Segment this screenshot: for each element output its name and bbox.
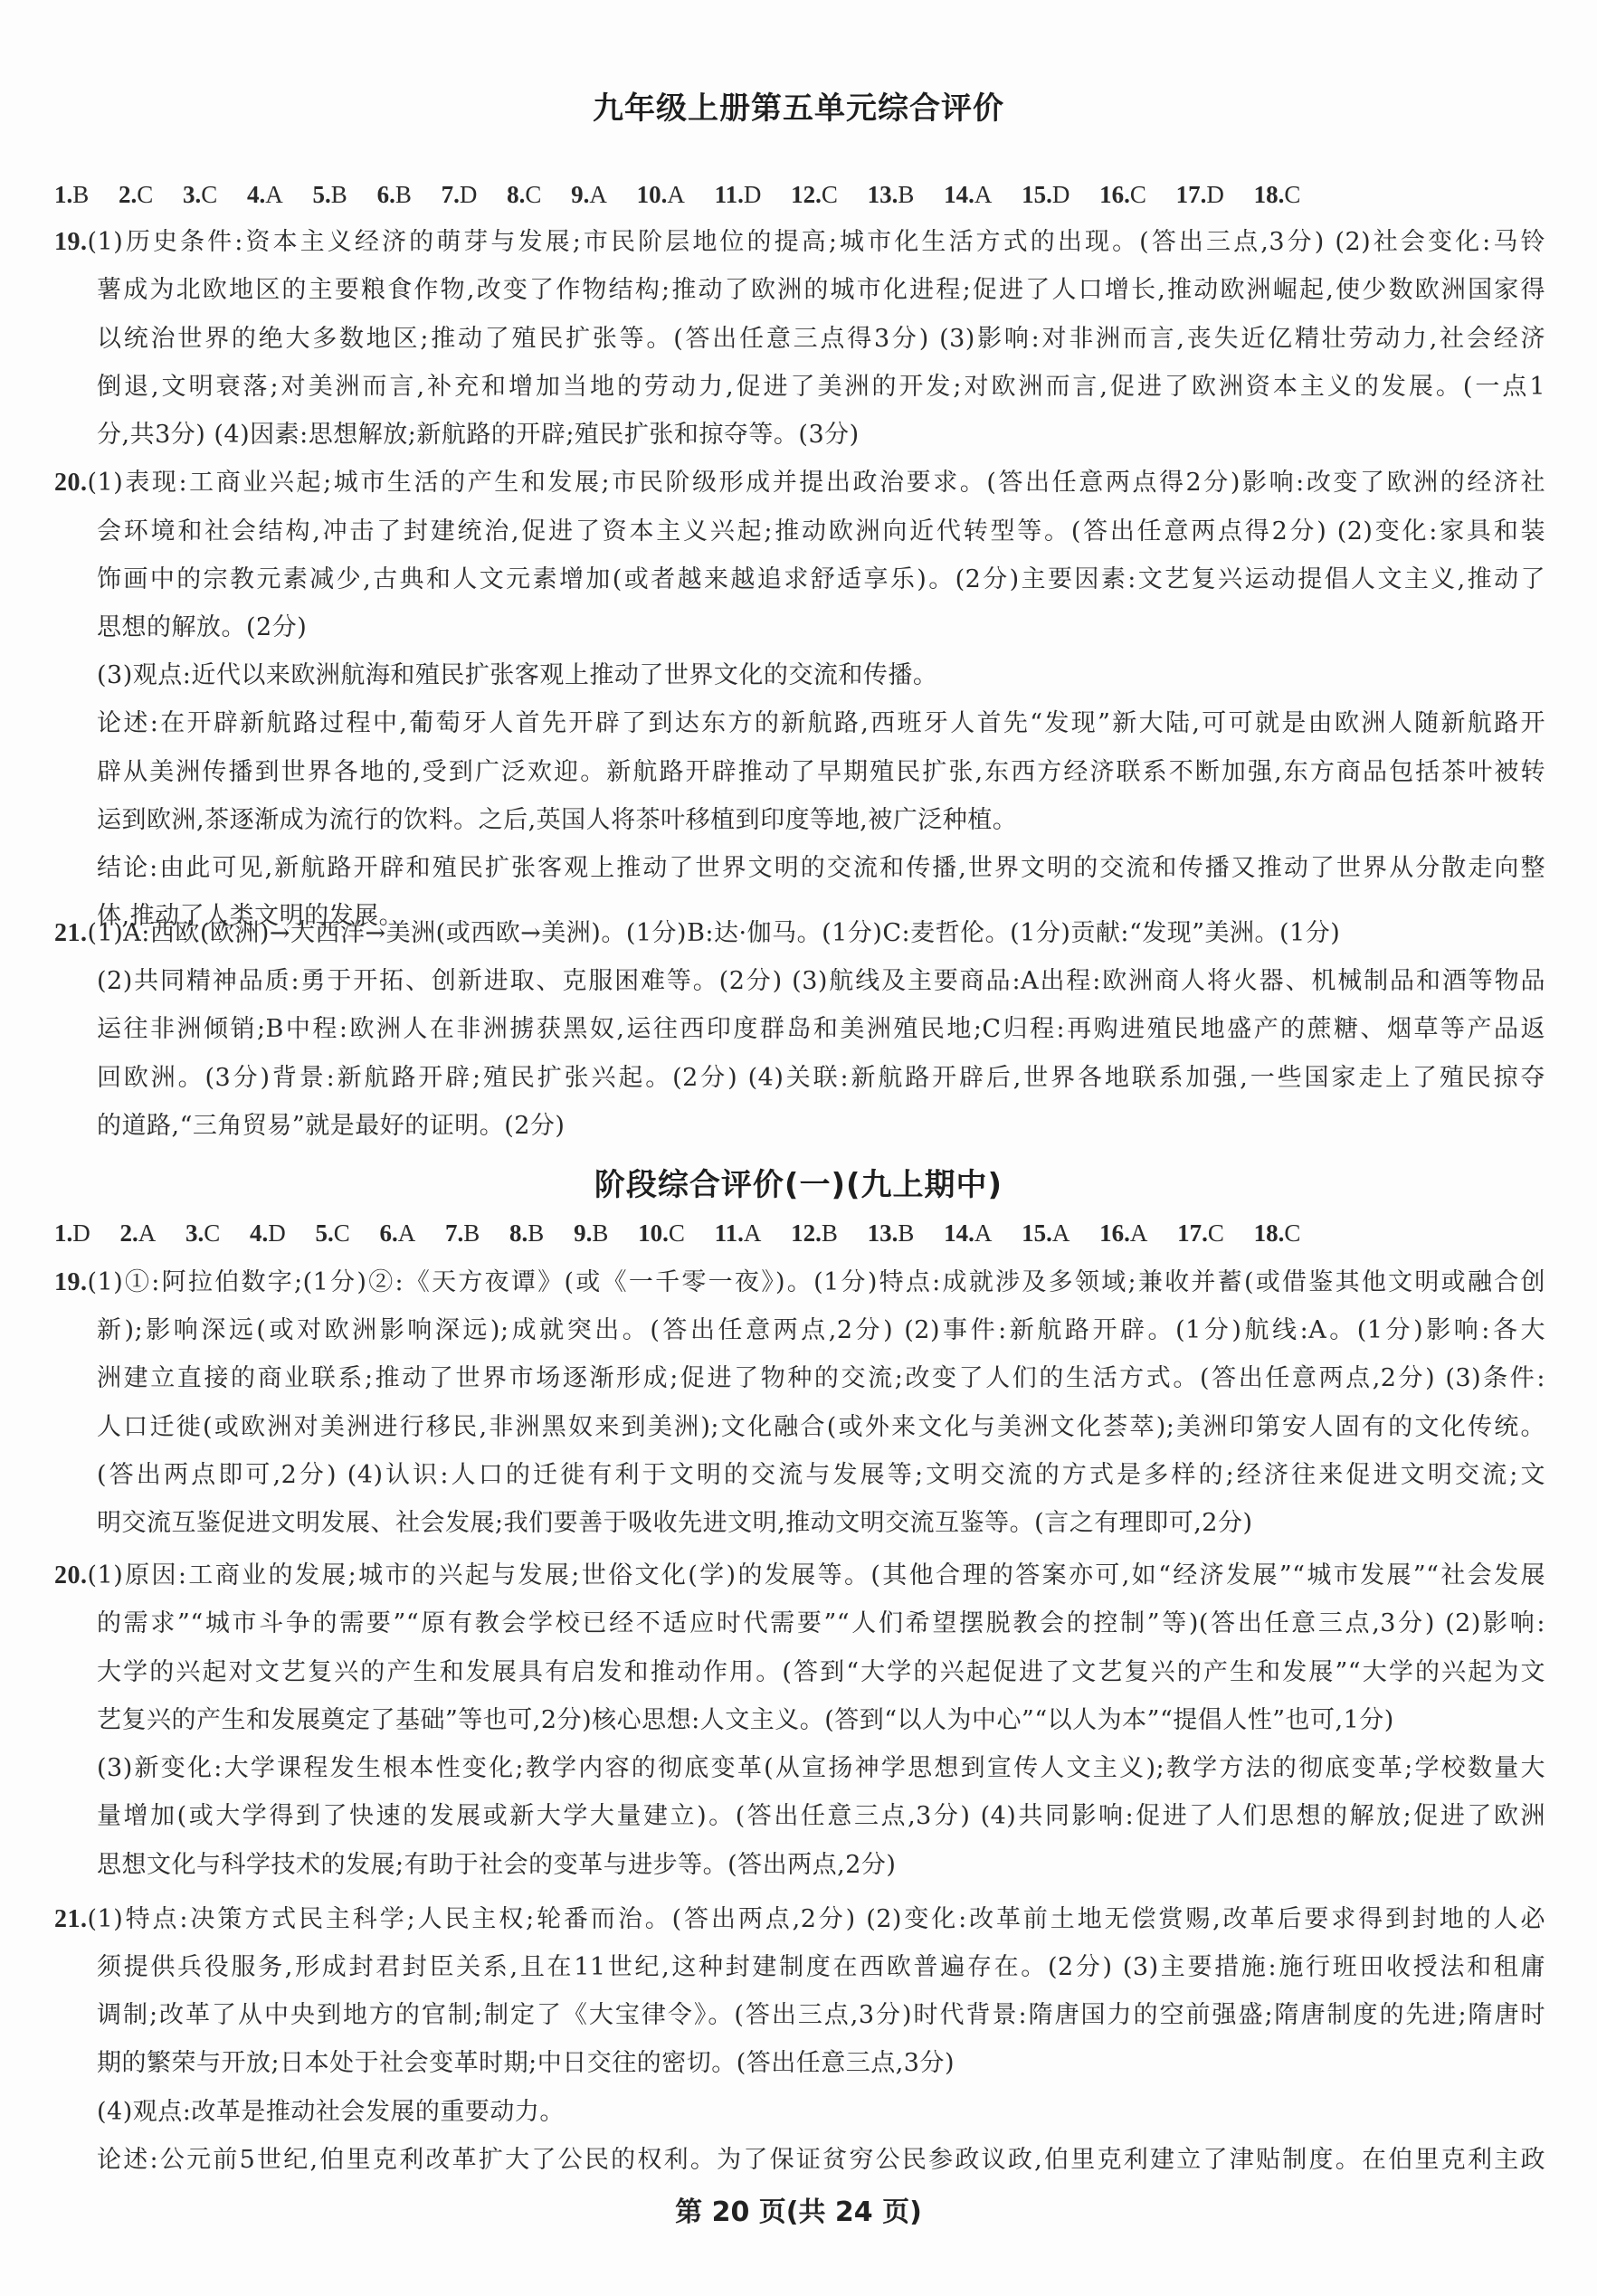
s2-q20-line: 思想文化与科学技术的发展;有助于社会的变革与进步等。(答出两点,2分) — [97, 1847, 1545, 1883]
choice-answer: 11.D — [715, 176, 762, 213]
s1-q20-line: 论述:在开辟新航路过程中,葡萄牙人首先开辟了到达东方的新航路,西班牙人首先“发现… — [97, 706, 1545, 742]
choice-answer: 13.B — [868, 176, 915, 213]
choice-answer: 16.A — [1099, 1215, 1147, 1251]
choice-answers-unit5: 1.B 2.C 3.C 4.A 5.B 6.B 7.D 8.C 9.A 10.A… — [54, 176, 1324, 213]
s2-q21-line: 论述:公元前5世纪,伯里克利改革扩大了公民的权利。为了保证贫穷公民参政议政,伯里… — [97, 2142, 1545, 2178]
s1-q20-line: 运到欧洲,茶逐渐成为流行的饮料。之后,英国人将茶叶移植到印度等地,被广泛种植。 — [97, 802, 1545, 839]
s1-q21-line: 运往非洲倾销;B中程:欧洲人在非洲掳获黑奴,运往西印度群岛和美洲殖民地;C归程:… — [97, 1011, 1545, 1048]
s1-q20-line: 结论:由此可见,新航路开辟和殖民扩张客观上推动了世界文明的交流和传播,世界文明的… — [97, 850, 1545, 887]
choice-answer: 3.C — [185, 1215, 220, 1251]
s1-q21-line: 21.(1)A:西欧(欧洲)→大西洋→美洲(或西欧→美洲)。(1分)B:达·伽马… — [54, 916, 1545, 952]
s1-q19-line: 分,共3分) (4)因素:思想解放;新航路的开辟;殖民扩张和掠夺等。(3分) — [97, 417, 1545, 453]
s1-q20-line: 会环境和社会结构,冲击了封建统治,促进了资本主义兴起;推动欧洲向近代转型等。(答… — [97, 514, 1545, 550]
s2-q21-line: 调制;改革了从中央到地方的官制;制定了《大宝律令》。(答出三点,3分)时代背景:… — [97, 1997, 1545, 2034]
s2-q21-line: 期的繁荣与开放;日本处于社会变革时期;中日交往的密切。(答出任意三点,3分) — [97, 2045, 1545, 2082]
choice-answer: 18.C — [1254, 176, 1301, 213]
s1-q21-line: 的道路,“三角贸易”就是最好的证明。(2分) — [97, 1108, 1545, 1144]
choice-answer: 4.A — [247, 176, 283, 213]
s1-q20-line: 思想的解放。(2分) — [97, 610, 1545, 646]
choice-answer: 10.A — [637, 176, 685, 213]
s2-q21-line: (4)观点:改革是推动社会发展的重要动力。 — [97, 2094, 1545, 2130]
choice-answer: 7.B — [445, 1215, 480, 1251]
s1-q20-line: 饰画中的宗教元素减少,古典和人文元素增加(或者越来越追求舒适享乐)。(2分)主要… — [97, 562, 1545, 598]
s2-q19-line: 19.(1)①:阿拉伯数字;(1分)②:《天方夜谭》(或《一千零一夜》)。(1分… — [54, 1265, 1545, 1301]
s1-q20-line: 20.(1)表现:工商业兴起;城市生活的产生和发展;市民阶级形成并提出政治要求。… — [54, 465, 1545, 501]
choice-answer: 10.C — [638, 1215, 685, 1251]
choice-answer: 6.B — [377, 176, 412, 213]
s1-q19-line: 19.(1)历史条件:资本主义经济的萌芽与发展;市民阶层地位的提高;城市化生活方… — [54, 224, 1545, 261]
s2-q19-line: 人口迁徙(或欧洲对美洲进行移民,非洲黑奴来到美洲);文化融合(或外来文化与美洲文… — [97, 1409, 1545, 1446]
s1-q19-line: 薯成为北欧地区的主要粮食作物,改变了作物结构;推动了欧洲的城市化进程;促进了人口… — [97, 272, 1545, 308]
choice-answer: 14.A — [944, 1215, 992, 1251]
s2-q20-line: (3)新变化:大学课程发生根本性变化;教学内容的彻底变革(从宣扬神学思想到宣传人… — [97, 1750, 1545, 1787]
choice-answer: 2.C — [119, 176, 153, 213]
section-title-unit5: 九年级上册第五单元综合评价 — [0, 83, 1597, 128]
s2-q20-line: 20.(1)原因:工商业的发展;城市的兴起与发展;世俗文化(学)的发展等。(其他… — [54, 1558, 1545, 1594]
s2-q21-line: 须提供兵役服务,形成封君封臣关系,且在11世纪,这种封建制度在西欧普遍存在。(2… — [97, 1950, 1545, 1986]
s2-q19-line: 新);影响深远(或对欧洲影响深远);成就突出。(答出任意两点,2分) (2)事件… — [97, 1313, 1545, 1349]
choice-answer: 15.D — [1022, 176, 1069, 213]
choice-answer: 2.A — [120, 1215, 157, 1251]
s1-q19-line: 以统治世界的绝大多数地区;推动了殖民扩张等。(答出任意三点得3分) (3)影响:… — [97, 321, 1545, 357]
s2-q20-line: 量增加(或大学得到了快速的发展或新大学大量建立)。(答出任意三点,3分) (4)… — [97, 1798, 1545, 1835]
s1-q20-line: 辟从美洲传播到世界各地的,受到广泛欢迎。新航路开辟推动了早期殖民扩张,东西方经济… — [97, 754, 1545, 791]
s1-q21-line: 回欧洲。(3分)背景:新航路开辟;殖民扩张兴起。(2分) (4)关联:新航路开辟… — [97, 1060, 1545, 1096]
choice-answers-midterm: 1.D 2.A 3.C 4.D 5.C 6.A 7.B 8.B 9.B 10.C… — [54, 1215, 1324, 1251]
choice-answer: 14.A — [944, 176, 992, 213]
s1-q19-line: 倒退,文明衰落;对美洲而言,补充和增加当地的劳动力,促进了美洲的开发;对欧洲而言… — [97, 369, 1545, 405]
s1-q20-line: (3)观点:近代以来欧洲航海和殖民扩张客观上推动了世界文化的交流和传播。 — [97, 658, 1545, 694]
s2-q20-line: 的需求”“城市斗争的需要”“原有教会学校已经不适应时代需要”“人们希望摆脱教会的… — [97, 1606, 1545, 1642]
choice-answer: 9.B — [574, 1215, 608, 1251]
choice-answer: 13.B — [868, 1215, 915, 1251]
choice-answer: 17.C — [1177, 1215, 1224, 1251]
choice-answer: 5.C — [316, 1215, 350, 1251]
s2-q19-line: (答出两点即可,2分) (4)认识:人口的迁徙有利于文明的交流与发展等;文明交流… — [97, 1457, 1545, 1494]
choice-answer: 18.C — [1254, 1215, 1301, 1251]
choice-answer: 1.D — [54, 1215, 90, 1251]
choice-answer: 1.B — [54, 176, 89, 213]
s2-q21-line: 21.(1)特点:决策方式民主科学;人民主权;轮番而治。(答出两点,2分) (2… — [54, 1902, 1545, 1938]
choice-answer: 11.A — [715, 1215, 762, 1251]
choice-answer: 9.A — [571, 176, 607, 213]
section-title-midterm: 阶段综合评价(一)(九上期中) — [0, 1160, 1597, 1204]
choice-answer: 8.C — [507, 176, 541, 213]
choice-answer: 16.C — [1099, 176, 1146, 213]
choice-answer: 5.B — [313, 176, 347, 213]
choice-answer: 12.C — [791, 176, 838, 213]
choice-answer: 17.D — [1176, 176, 1224, 213]
choice-answer: 12.B — [791, 1215, 838, 1251]
choice-answer: 7.D — [442, 176, 478, 213]
choice-answer: 6.A — [380, 1215, 416, 1251]
s2-q20-line: 大学的兴起对文艺复兴的产生和发展具有启发和推动作用。(答到“大学的兴起促进了文艺… — [97, 1655, 1545, 1691]
choice-answer: 8.B — [509, 1215, 544, 1251]
choice-answer: 4.D — [250, 1215, 286, 1251]
s2-q19-line: 明交流互鉴促进文明发展、社会发展;我们要善于吸收先进文明,推动文明交流互鉴等。(… — [97, 1505, 1545, 1542]
page-number: 第 20 页(共 24 页) — [0, 2189, 1597, 2229]
choice-answer: 15.A — [1022, 1215, 1069, 1251]
s2-q20-line: 艺复兴的产生和发展奠定了基础”等也可,2分)核心思想:人文主义。(答到“以人为中… — [97, 1703, 1545, 1739]
choice-answer: 3.C — [183, 176, 217, 213]
s1-q21-line: (2)共同精神品质:勇于开拓、创新进取、克服困难等。(2分) (3)航线及主要商… — [97, 963, 1545, 1000]
s2-q19-line: 洲建立直接的商业联系;推动了世界市场逐渐形成;促进了物种的交流;改变了人们的生活… — [97, 1361, 1545, 1397]
